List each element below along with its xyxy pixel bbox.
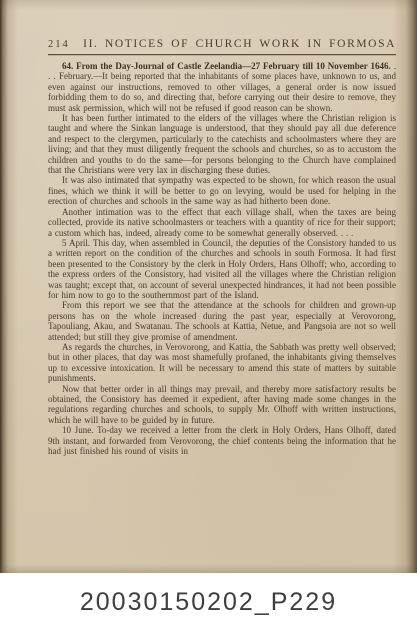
running-header: 214 II. NOTICES OF CHURCH WORK IN FORMOS… [48, 38, 396, 50]
header-rule [48, 54, 396, 55]
scanned-book-page: 214 II. NOTICES OF CHURCH WORK IN FORMOS… [0, 0, 417, 640]
paragraph-text: From this report we see that the attenda… [48, 300, 396, 341]
page-number: 214 [48, 39, 83, 50]
page-right-edge-shadow [393, 0, 417, 573]
paragraph-text: Another intimation was to the effect tha… [48, 207, 396, 238]
paragraph: It was also intimated that sympathy was … [48, 175, 396, 206]
page-left-edge-shadow [0, 0, 18, 573]
paragraph-text: It was also intimated that sympathy was … [48, 175, 396, 206]
paragraph-text: As regards the churches, in Verovorong, … [48, 342, 396, 383]
paragraph: Now that better order in all things may … [48, 384, 396, 426]
chapter-running-title: II. NOTICES OF CHURCH WORK IN FORMOSA [83, 38, 396, 50]
paragraph-lead-bold: 64. From the Day-Journal of Castle Zeela… [62, 61, 391, 71]
paper-page: 214 II. NOTICES OF CHURCH WORK IN FORMOS… [0, 0, 417, 573]
paragraph: 5 April. This day, when assembled in Cou… [48, 238, 396, 300]
paragraph: As regards the churches, in Verovorong, … [48, 342, 396, 384]
paragraph-text: 10 June. To-day we received a letter fro… [48, 425, 396, 456]
paragraph-text: 5 April. This day, when assembled in Cou… [48, 238, 396, 300]
paragraph: It has been further intimated to the eld… [48, 113, 396, 175]
page-body-text: 64. From the Day-Journal of Castle Zeela… [48, 61, 396, 456]
archive-id-label: 20030150202_P229 [80, 588, 337, 617]
paragraph: From this report we see that the attenda… [48, 300, 396, 342]
paragraph-text: It has been further intimated to the eld… [48, 113, 396, 175]
paragraph: Another intimation was to the effect tha… [48, 207, 396, 238]
paragraph: 64. From the Day-Journal of Castle Zeela… [48, 61, 396, 113]
page-content: 214 II. NOTICES OF CHURCH WORK IN FORMOS… [48, 38, 396, 456]
paragraph-text: Now that better order in all things may … [48, 384, 396, 425]
paragraph: 10 June. To-day we received a letter fro… [48, 425, 396, 456]
archive-id-strip: 20030150202_P229 [0, 573, 417, 640]
